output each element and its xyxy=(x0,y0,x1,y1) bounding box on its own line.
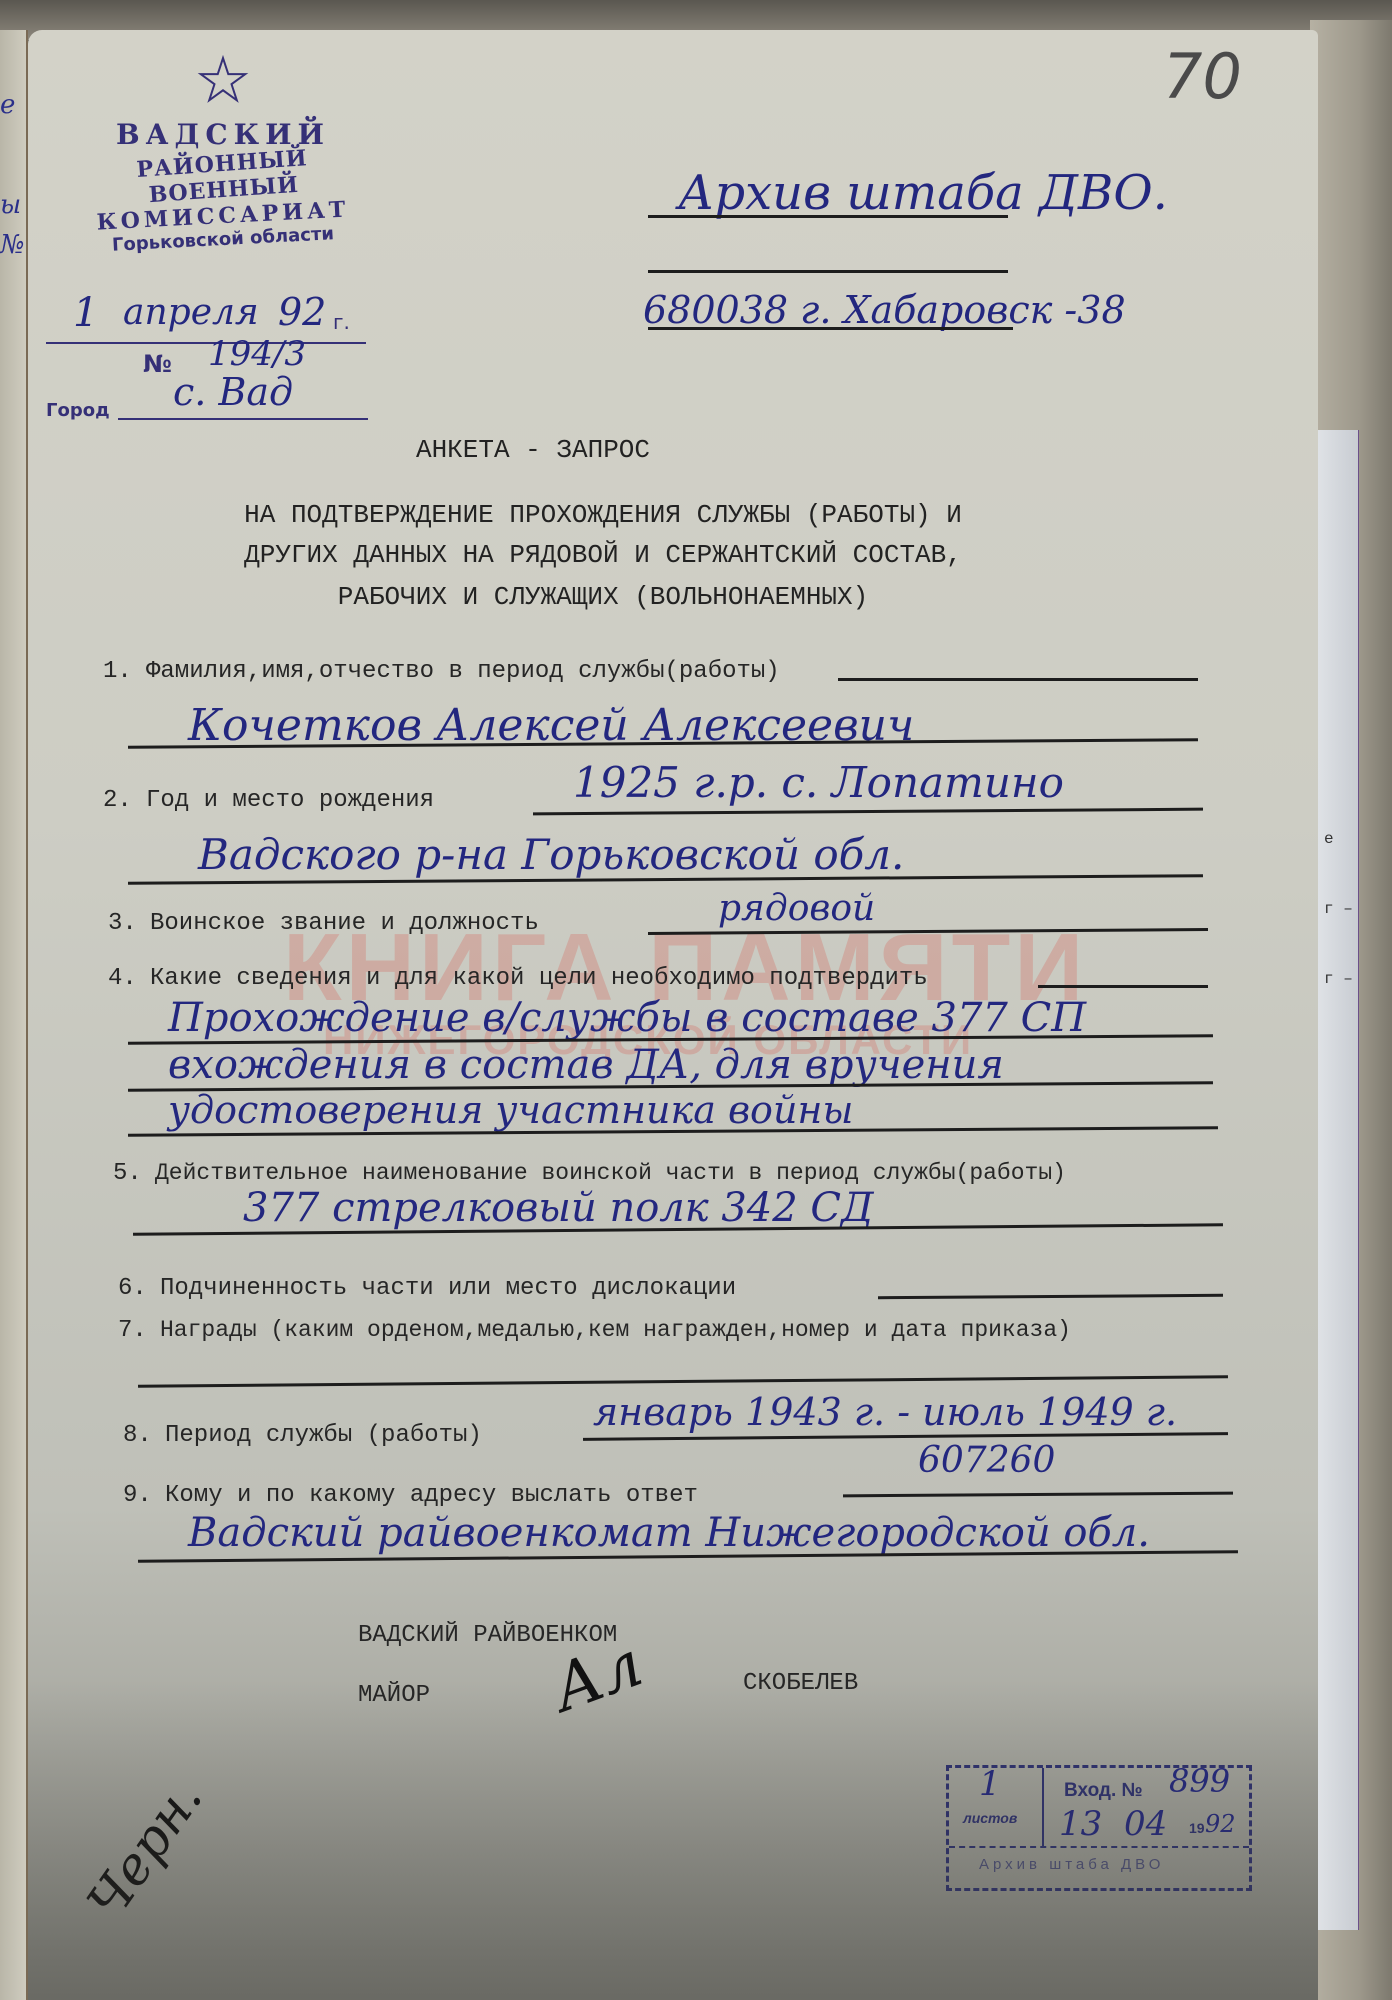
field-rule xyxy=(878,1294,1223,1299)
form-page: ★ ВАДСКИЙ РАЙОННЫЙ ВОЕННЫЙ КОМИССАРИАТ Г… xyxy=(28,30,1318,2000)
addressee-rule2 xyxy=(648,270,1008,273)
page-number: 70 xyxy=(1163,40,1242,113)
field-9-value-2: Вадский райвоенкомат Нижегородской обл. xyxy=(188,1510,1150,1556)
addressee-line1: Архив штаба ДВО. xyxy=(678,165,1168,221)
stamp-number-label: № xyxy=(143,350,172,378)
field-5-label: Действительное наименование воинской час… xyxy=(155,1160,1066,1186)
form-subtitle-2: ДРУГИХ ДАННЫХ НА РЯДОВОЙ И СЕРЖАНТСКИЙ С… xyxy=(0,540,1248,570)
field-rule xyxy=(1038,985,1208,988)
addressee-rule3 xyxy=(648,327,1013,330)
field-rule xyxy=(843,1492,1233,1498)
field-9-value-1: 607260 xyxy=(918,1440,1055,1481)
stamp-city-label: Город xyxy=(46,400,110,421)
page-shadow xyxy=(28,1680,1318,2000)
commissariat-stamp: ★ ВАДСКИЙ РАЙОННЫЙ ВОЕННЫЙ КОМИССАРИАТ Г… xyxy=(58,50,388,250)
margin-scribble: e xyxy=(0,90,15,120)
field-7-number: 7. xyxy=(118,1317,147,1344)
paper-tab-strip: ег –г – xyxy=(1318,430,1359,1930)
field-7-label: Награды (каким орденом,медалью,кем награ… xyxy=(160,1317,1071,1343)
form-subtitle-1: НА ПОДТВЕРЖДЕНИЕ ПРОХОЖДЕНИЯ СЛУЖБЫ (РАБ… xyxy=(0,500,1248,530)
field-8-value-1: январь 1943 г. - июль 1949 г. xyxy=(593,1390,1177,1434)
stamp-date-month: апреля xyxy=(123,292,259,333)
city-underline xyxy=(118,418,368,420)
date-underline xyxy=(46,342,366,344)
field-rule xyxy=(838,678,1198,681)
field-1-number: 1. xyxy=(103,658,132,685)
field-4-value-2: вхождения в состав ДА, для вручения xyxy=(168,1042,1004,1088)
stamp-city-value: с. Вад xyxy=(173,370,293,414)
field-rule xyxy=(533,808,1203,816)
field-5-value-1: 377 стрелковый полк 342 СД xyxy=(243,1185,874,1231)
stamp-number-value: 194/3 xyxy=(208,334,306,374)
field-9-number: 9. xyxy=(123,1482,152,1509)
field-8-label: Период службы (работы) xyxy=(165,1422,482,1449)
field-1-label: Фамилия,имя,отчество в период службы(раб… xyxy=(146,658,780,685)
field-rule xyxy=(648,928,1208,935)
field-rule xyxy=(138,1375,1228,1388)
form-subtitle-3: РАБОЧИХ И СЛУЖАЩИХ (ВОЛЬНОНАЕМНЫХ) xyxy=(0,582,1248,612)
field-4-label: Какие сведения и для какой цели необходи… xyxy=(150,965,928,992)
field-9-label: Кому и по какому адресу выслать ответ xyxy=(165,1482,698,1509)
field-2-label: Год и место рождения xyxy=(146,787,434,814)
star-icon: ★ xyxy=(58,50,388,110)
margin-scribble: ы xyxy=(0,190,21,220)
field-3-value-1: рядовой xyxy=(718,888,875,929)
stamp-date-year: 92 xyxy=(278,290,326,334)
field-2-value-2: Вадского р-на Горьковской обл. xyxy=(198,830,904,879)
addressee-line2: 680038 г. Хабаровск -38 xyxy=(643,288,1126,332)
margin-scribble: № xyxy=(0,230,25,260)
field-6-number: 6. xyxy=(118,1275,147,1302)
field-5-number: 5. xyxy=(113,1160,142,1187)
field-2-number: 2. xyxy=(103,787,132,814)
field-6-label: Подчиненность части или место дислокации xyxy=(160,1275,736,1302)
previous-page-edge: e ы № xyxy=(0,30,28,2000)
stamp-date-day: 1 xyxy=(73,290,98,336)
field-8-number: 8. xyxy=(123,1422,152,1449)
field-4-number: 4. xyxy=(108,965,137,992)
field-3-number: 3. xyxy=(108,910,137,937)
form-title: АНКЕТА - ЗАПРОС xyxy=(0,435,1178,465)
field-4-value-3: удостоверения участника войны xyxy=(168,1088,853,1132)
stamp-date-suffix: г. xyxy=(333,310,350,334)
addressee-rule1 xyxy=(648,215,1008,218)
field-4-value-1: Прохождение в/службы в составе 377 СП xyxy=(168,995,1086,1041)
field-3-label: Воинское звание и должность xyxy=(150,910,539,937)
field-2-value-1: 1925 г.р. с. Лопатино xyxy=(573,758,1064,807)
